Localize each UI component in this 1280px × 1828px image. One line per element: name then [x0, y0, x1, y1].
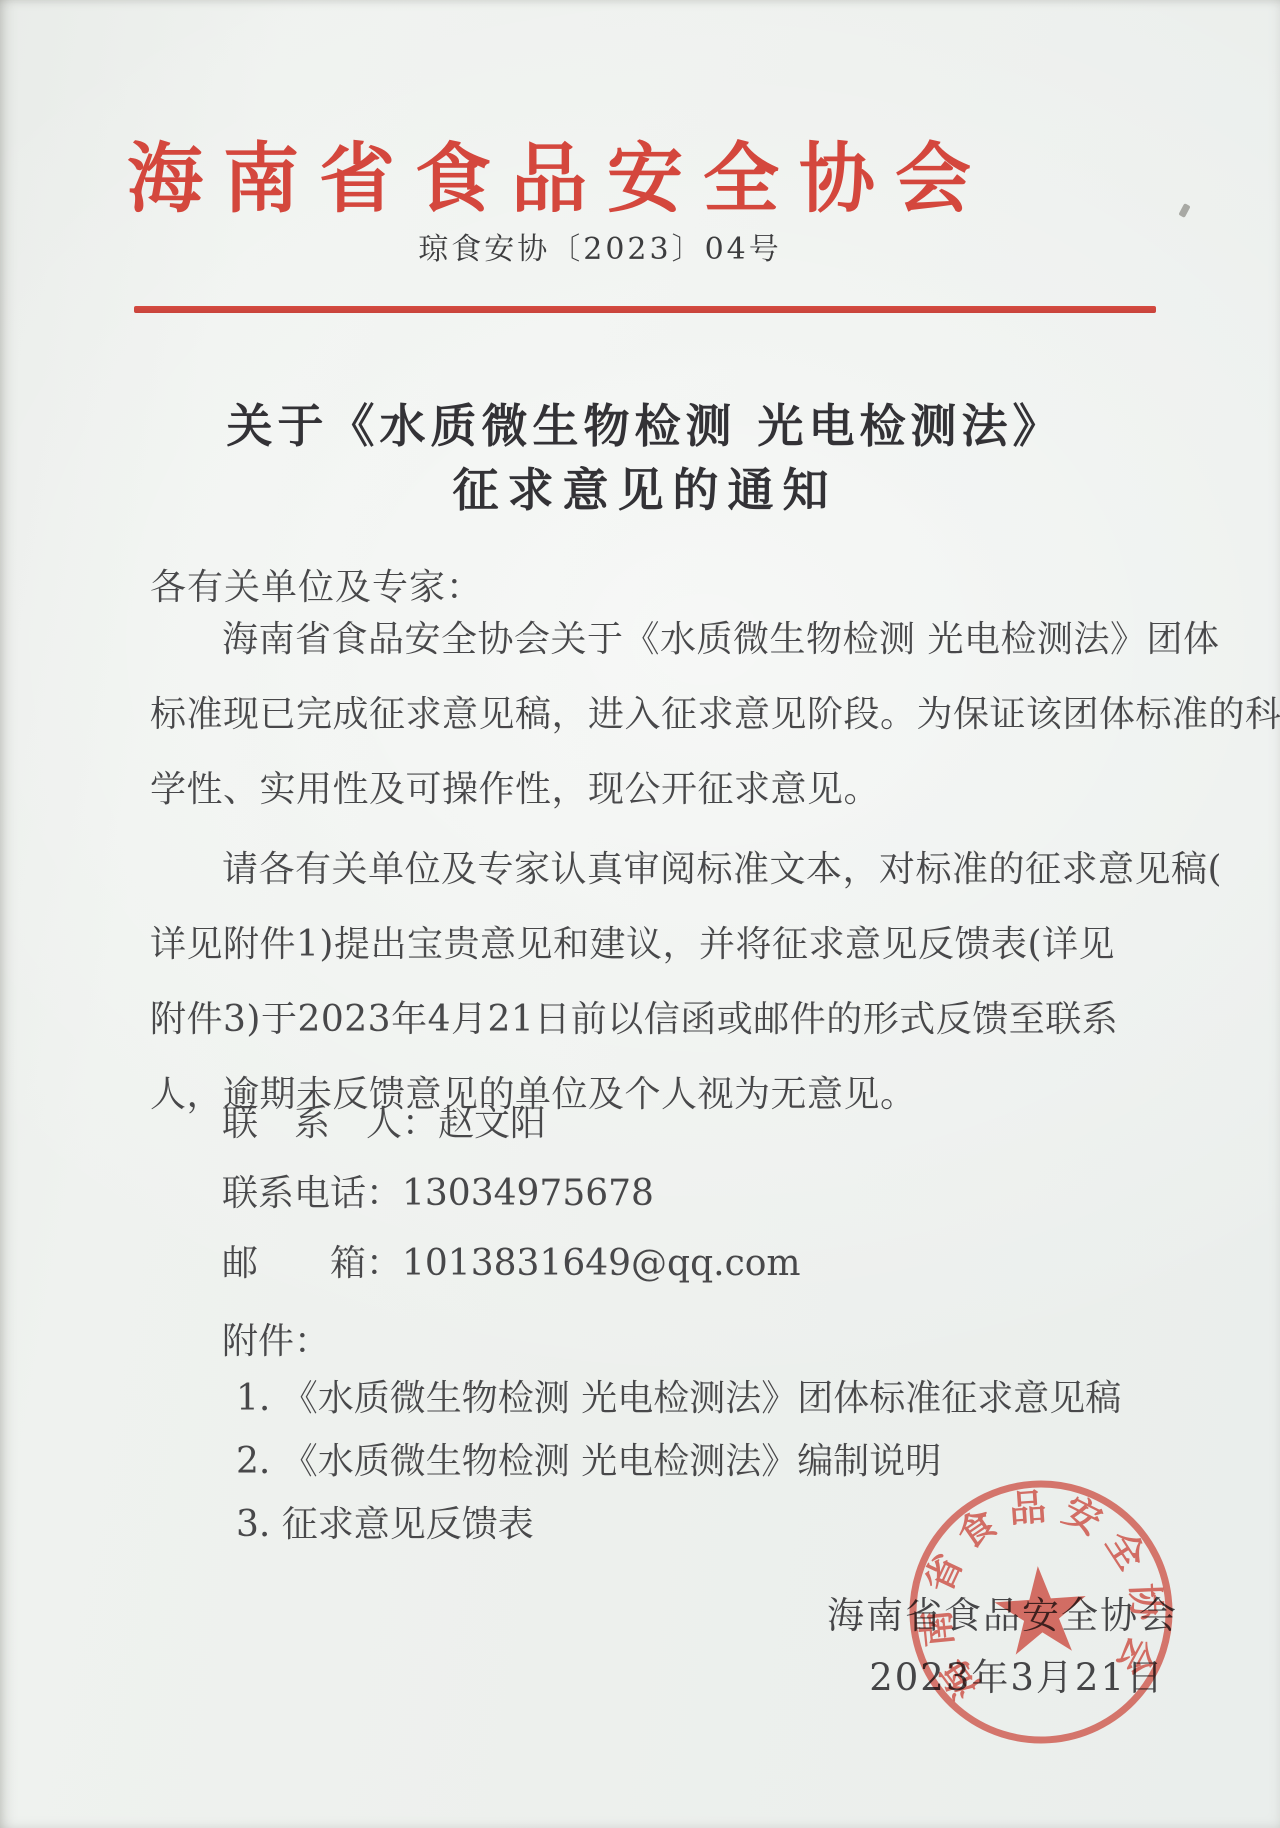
- contact-person: 联 系 人：赵文阳: [222, 1089, 801, 1159]
- red-divider-line: [134, 306, 1156, 313]
- attachments-label: 附件：: [222, 1313, 330, 1364]
- document-number: 琼食安协〔2023〕04号: [0, 224, 1200, 268]
- notice-title-line2: 征求意见的通知: [40, 454, 1250, 520]
- paragraph-2-line-1: 请各有关单位及专家认真审阅标准文本，对标准的征求意见稿(: [150, 832, 1164, 907]
- paragraph-2-line-3: 附件3)于2023年4月21日前以信函或邮件的形式反馈至联系: [150, 982, 1164, 1057]
- paragraph-1-line-3: 学性、实用性及可操作性，现公开征求意见。: [150, 752, 1164, 827]
- paragraph-1-line-2: 标准现已完成征求意见稿，进入征求意见阶段。为保证该团体标准的科: [150, 677, 1164, 752]
- notice-title-line1: 关于《水质微生物检测 光电检测法》: [40, 390, 1250, 456]
- contact-phone: 联系电话：13034975678: [222, 1159, 801, 1229]
- paragraph-1: 海南省食品安全协会关于《水质微生物检测 光电检测法》团体 标准现已完成征求意见稿…: [150, 602, 1164, 827]
- contact-block: 联 系 人：赵文阳 联系电话：13034975678 邮 箱：101383164…: [222, 1089, 801, 1299]
- paragraph-2-line-2: 详见附件1)提出宝贵意见和建议，并将征求意见反馈表(详见: [150, 907, 1164, 982]
- paragraph-2: 请各有关单位及专家认真审阅标准文本，对标准的征求意见稿( 详见附件1)提出宝贵意…: [150, 832, 1164, 1132]
- issuing-org-header: 海南省食品安全协会: [0, 118, 1118, 227]
- paragraph-1-line-1: 海南省食品安全协会关于《水质微生物检测 光电检测法》团体: [150, 602, 1164, 677]
- attachment-item-1: 1. 《水质微生物检测 光电检测法》团体标准征求意见稿: [236, 1367, 1121, 1430]
- scanned-notice-document: 海南省食品安全协会 琼食安协〔2023〕04号 关于《水质微生物检测 光电检测法…: [0, 0, 1280, 1828]
- contact-email: 邮 箱：1013831649@qq.com: [222, 1229, 801, 1299]
- paper-speck: [1178, 203, 1190, 218]
- stamp-star-icon: [992, 1563, 1089, 1656]
- official-seal-stamp: 海南省食品安全协会: [896, 1467, 1186, 1757]
